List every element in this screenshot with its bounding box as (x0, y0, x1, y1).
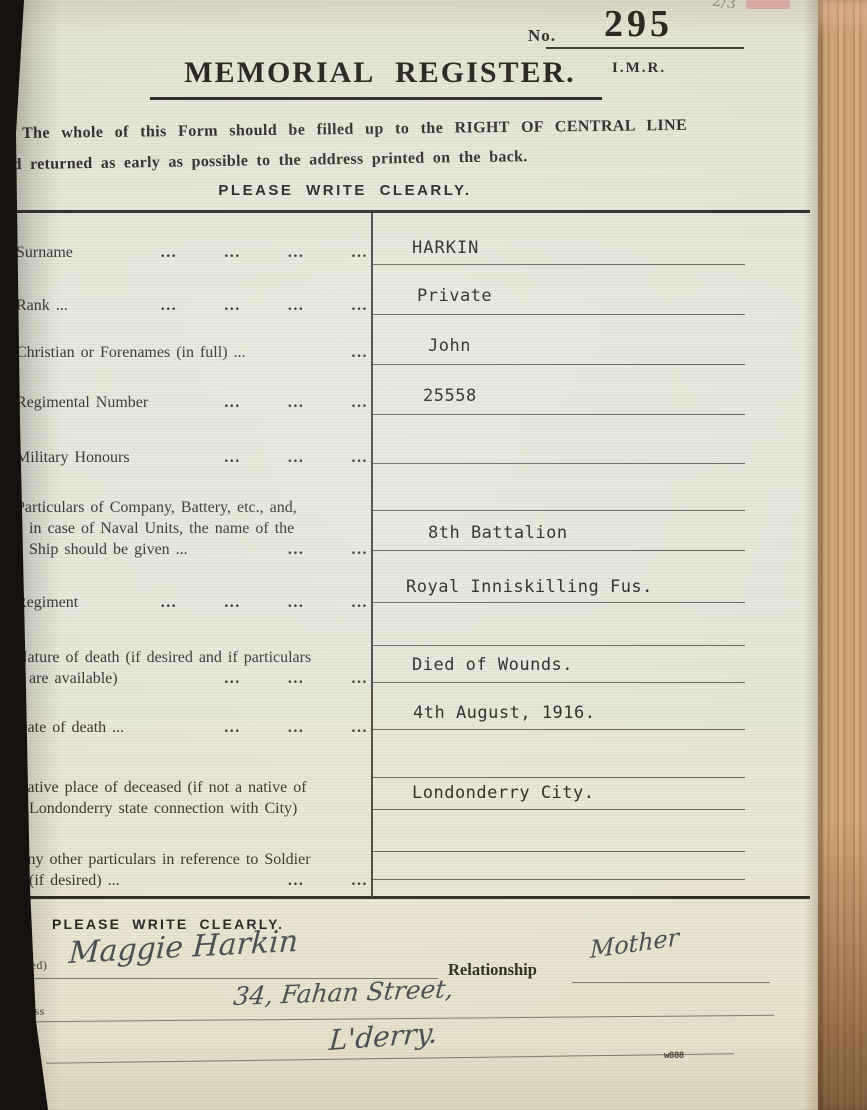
label-text: Nature of death (if desired and if parti… (16, 647, 368, 668)
value-surname: HARKIN (412, 238, 479, 258)
rule-line (373, 777, 745, 778)
dot-leaders: ... ... ... (224, 668, 368, 689)
label-text: Date of death ... (16, 717, 124, 738)
value-rank: Private (417, 286, 492, 306)
value-regiment: Royal Inniskilling Fus. (406, 577, 653, 597)
pink-tab (746, 0, 790, 9)
label-text: Surname (16, 242, 73, 263)
rule-line (373, 682, 745, 683)
field-label-other-particulars: Any other particulars in reference to So… (16, 849, 368, 891)
memorial-register-scan: No. 295 I.M.R. 2/3 MEMORIAL REGISTER. Th… (0, 0, 867, 1110)
form-number-value: 295 (604, 2, 673, 46)
printer-smudge-mark: w888 (664, 1051, 684, 1061)
field-label-forenames: Christian or Forenames (in full) ...... (16, 342, 368, 363)
rule-line (373, 851, 745, 852)
rule-line (373, 645, 745, 646)
field-label-nature-of-death: Nature of death (if desired and if parti… (16, 647, 368, 689)
field-label-particulars: Particulars of Company, Battery, etc., a… (16, 497, 368, 560)
dot-leaders: ... ... ... ... (161, 592, 368, 613)
rule-line (373, 809, 745, 810)
dot-leaders: ... ... ... (224, 447, 368, 468)
label-text: Regiment (16, 592, 78, 613)
rule-line (373, 510, 745, 511)
dot-leaders: ... (352, 342, 369, 363)
value-regimental-number: 25558 (423, 386, 477, 406)
value-native-place: Londonderry City. (412, 783, 595, 803)
label-text: in case of Naval Units, the name of the (16, 518, 368, 539)
rule-line (373, 879, 745, 880)
field-label-native-place: Native place of deceased (if not a nativ… (16, 777, 368, 819)
rule-line (373, 314, 745, 315)
form-number-label: No. (528, 26, 556, 46)
label-text: Ship should be given ... (29, 539, 188, 560)
rule-line (373, 602, 745, 603)
title-underline (150, 97, 602, 100)
label-text: Particulars of Company, Battery, etc., a… (16, 497, 368, 518)
field-label-regimental-number: Regimental Number... ... ... (16, 392, 368, 413)
label-text: are available) (29, 668, 118, 689)
field-label-surname: Surname... ... ... ... (16, 242, 368, 263)
form-number-underline (546, 47, 744, 49)
field-label-regiment: Regiment... ... ... ... (16, 592, 368, 613)
dot-leaders: ... ... ... (224, 717, 368, 738)
label-text: Christian or Forenames (in full) ... (16, 342, 246, 363)
value-particulars: 8th Battalion (428, 523, 568, 543)
wood-desk-edge (818, 0, 867, 1110)
value-forenames: John (428, 336, 471, 356)
value-date-of-death: 4th August, 1916. (413, 703, 596, 723)
label-text: Native place of deceased (if not a nativ… (16, 777, 368, 798)
value-nature-of-death: Died of Wounds. (412, 655, 573, 675)
table-top-border (12, 210, 810, 213)
rule-line (373, 364, 745, 365)
dot-leaders: ... ... (288, 870, 368, 891)
write-clearly-heading: PLEASE WRITE CLEARLY. (0, 182, 690, 199)
rule-line (373, 264, 745, 265)
page-title: MEMORIAL REGISTER. (150, 56, 610, 90)
label-text: Military Honours (16, 447, 130, 468)
relationship-label: Relationship (448, 960, 537, 980)
rule-line (373, 463, 745, 464)
dot-leaders: ... ... ... (224, 392, 368, 413)
rule-line (373, 729, 745, 730)
central-divider-line (371, 213, 373, 897)
dot-leaders: ... ... ... ... (161, 295, 368, 316)
label-text: Any other particulars in reference to So… (16, 849, 368, 870)
rule-line (373, 414, 745, 415)
field-label-military-honours: Military Honours... ... ... (16, 447, 368, 468)
label-text: Londonderry state connection with City) (16, 798, 368, 819)
table-bottom-border (12, 896, 810, 899)
relationship-underline (572, 982, 770, 983)
dot-leaders: ... ... ... ... (161, 242, 368, 263)
dot-leaders: ... ... (288, 539, 368, 560)
field-label-rank: Rank ...... ... ... ... (16, 295, 368, 316)
rule-line (373, 550, 745, 551)
label-text: (if desired) ... (29, 870, 120, 891)
field-label-date-of-death: Date of death ...... ... ... (16, 717, 368, 738)
label-text: Rank ... (16, 295, 68, 316)
imr-stamp: I.M.R. (612, 60, 666, 77)
label-text: Regimental Number (16, 392, 148, 413)
